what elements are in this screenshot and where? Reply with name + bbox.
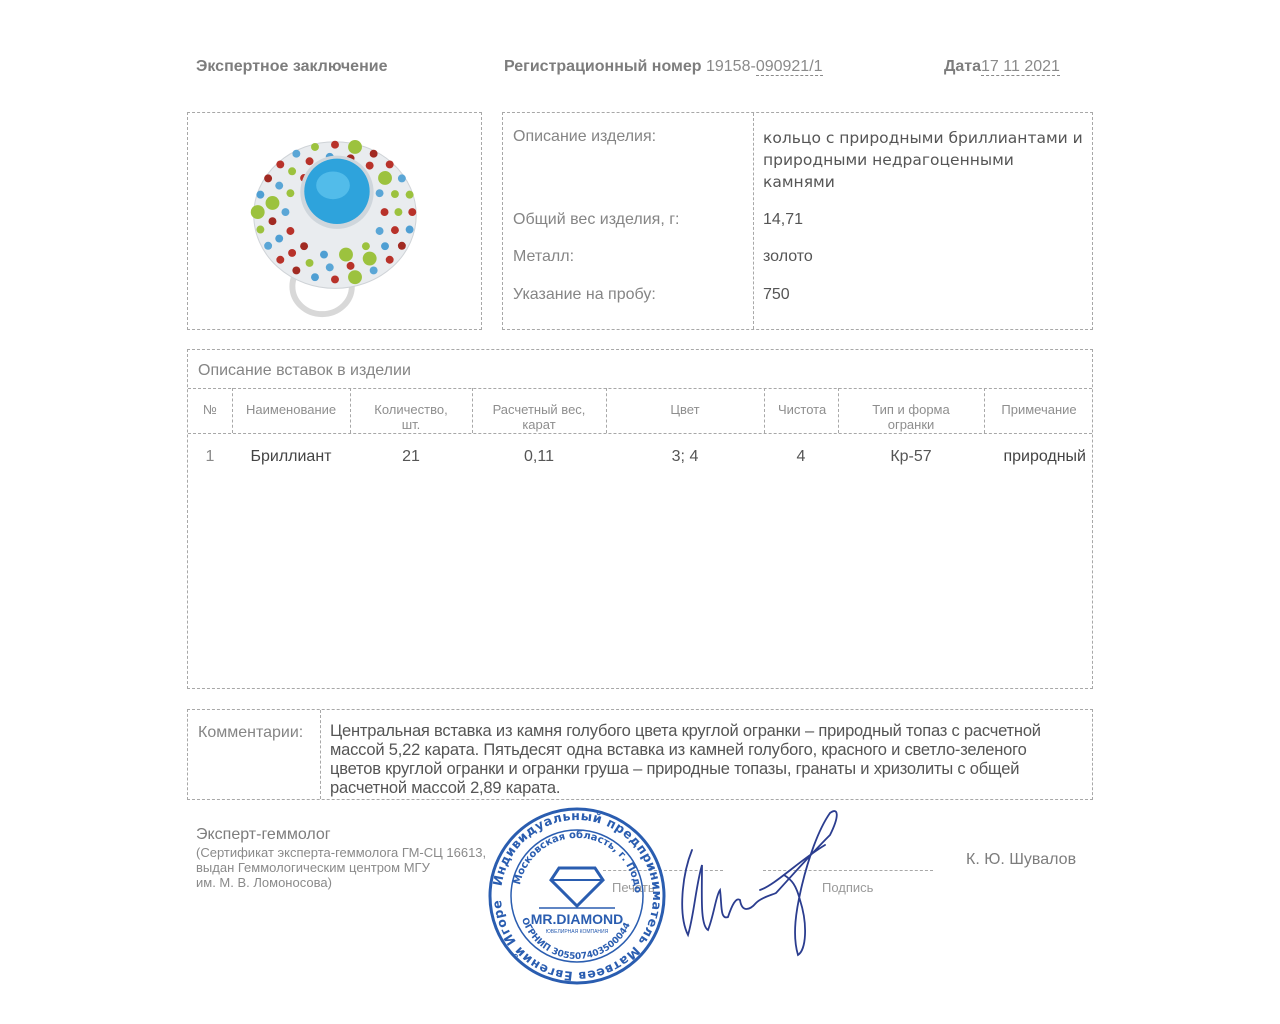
cert-line-1: (Сертификат эксперта-геммолога ГМ-СЦ 166… (196, 845, 486, 860)
comments-divider (320, 710, 321, 799)
table-cell: природный (984, 448, 1094, 466)
column-header: Расчетный вес, карат (472, 402, 606, 432)
weight-label: Общий вес изделия, г: (513, 211, 680, 229)
comments-text: Центральная вставка из камня голубого цв… (330, 722, 1070, 798)
svg-text:MR.DIAMOND: MR.DIAMOND (531, 911, 624, 927)
expert-certificate: (Сертификат эксперта-геммолога ГМ-СЦ 166… (196, 845, 486, 890)
table-header-top-border (188, 388, 1092, 389)
document-title: Экспертное заключение (196, 58, 387, 76)
column-header: Тип и форма огранки (838, 402, 984, 432)
svg-text:ЮВЕЛИРНАЯ КОМПАНИЯ: ЮВЕЛИРНАЯ КОМПАНИЯ (546, 929, 609, 935)
inserts-table: Описание вставок в изделии №Наименование… (187, 349, 1093, 689)
metal-label: Металл: (513, 248, 574, 266)
table-cell: 4 (764, 448, 838, 466)
table-cell: Кр-57 (838, 448, 984, 466)
table-cell: 3; 4 (606, 448, 764, 466)
comments-panel: Комментарии: Центральная вставка из камн… (187, 709, 1093, 800)
weight-value: 14,71 (763, 211, 803, 229)
date-label: Дата (944, 58, 981, 75)
column-header: № (188, 402, 232, 417)
info-divider (753, 113, 754, 329)
table-cell: Бриллиант (232, 448, 350, 466)
column-header: Чистота (764, 402, 838, 417)
expert-signature (680, 805, 890, 960)
expert-name: К. Ю. Шувалов (966, 851, 1076, 869)
cert-line-2: выдан Геммологическим центром МГУ (196, 860, 486, 875)
hallmark-value: 750 (763, 286, 790, 304)
item-info-panel: Описание изделия: кольцо с природными бр… (502, 112, 1093, 330)
registration-label: Регистрационный номер (504, 58, 702, 75)
registration-prefix: 19158- (706, 58, 756, 75)
registration-value: 090921/1 (756, 58, 823, 76)
column-header: Цвет (606, 402, 764, 417)
item-photo-frame (187, 112, 482, 330)
registration-number: Регистрационный номер 19158-090921/1 (504, 58, 823, 76)
ring-photo (188, 113, 481, 329)
comments-label: Комментарии: (198, 724, 303, 742)
table-header-bottom-border (188, 433, 1092, 434)
expert-title: Эксперт-геммолог (196, 826, 331, 844)
table-cell: 1 (188, 448, 232, 466)
column-header: Наименование (232, 402, 350, 417)
metal-value: золото (763, 248, 813, 266)
column-header: Количество, шт. (350, 402, 472, 432)
date-value: 17 11 2021 (981, 58, 1060, 76)
inserts-title: Описание вставок в изделии (198, 362, 411, 380)
description-label: Описание изделия: (513, 128, 656, 146)
table-cell: 21 (350, 448, 472, 466)
table-cell: 0,11 (472, 448, 606, 466)
hallmark-label: Указание на пробу: (513, 286, 656, 304)
cert-line-3: им. М. В. Ломоносова) (196, 875, 486, 890)
column-header: Примечание (984, 402, 1094, 417)
company-stamp: Индивидуальный предприниматель Матвеев Е… (487, 806, 667, 986)
document-date: Дата17 11 2021 (944, 58, 1060, 76)
description-value: кольцо с природными бриллиантами и приро… (763, 127, 1083, 193)
